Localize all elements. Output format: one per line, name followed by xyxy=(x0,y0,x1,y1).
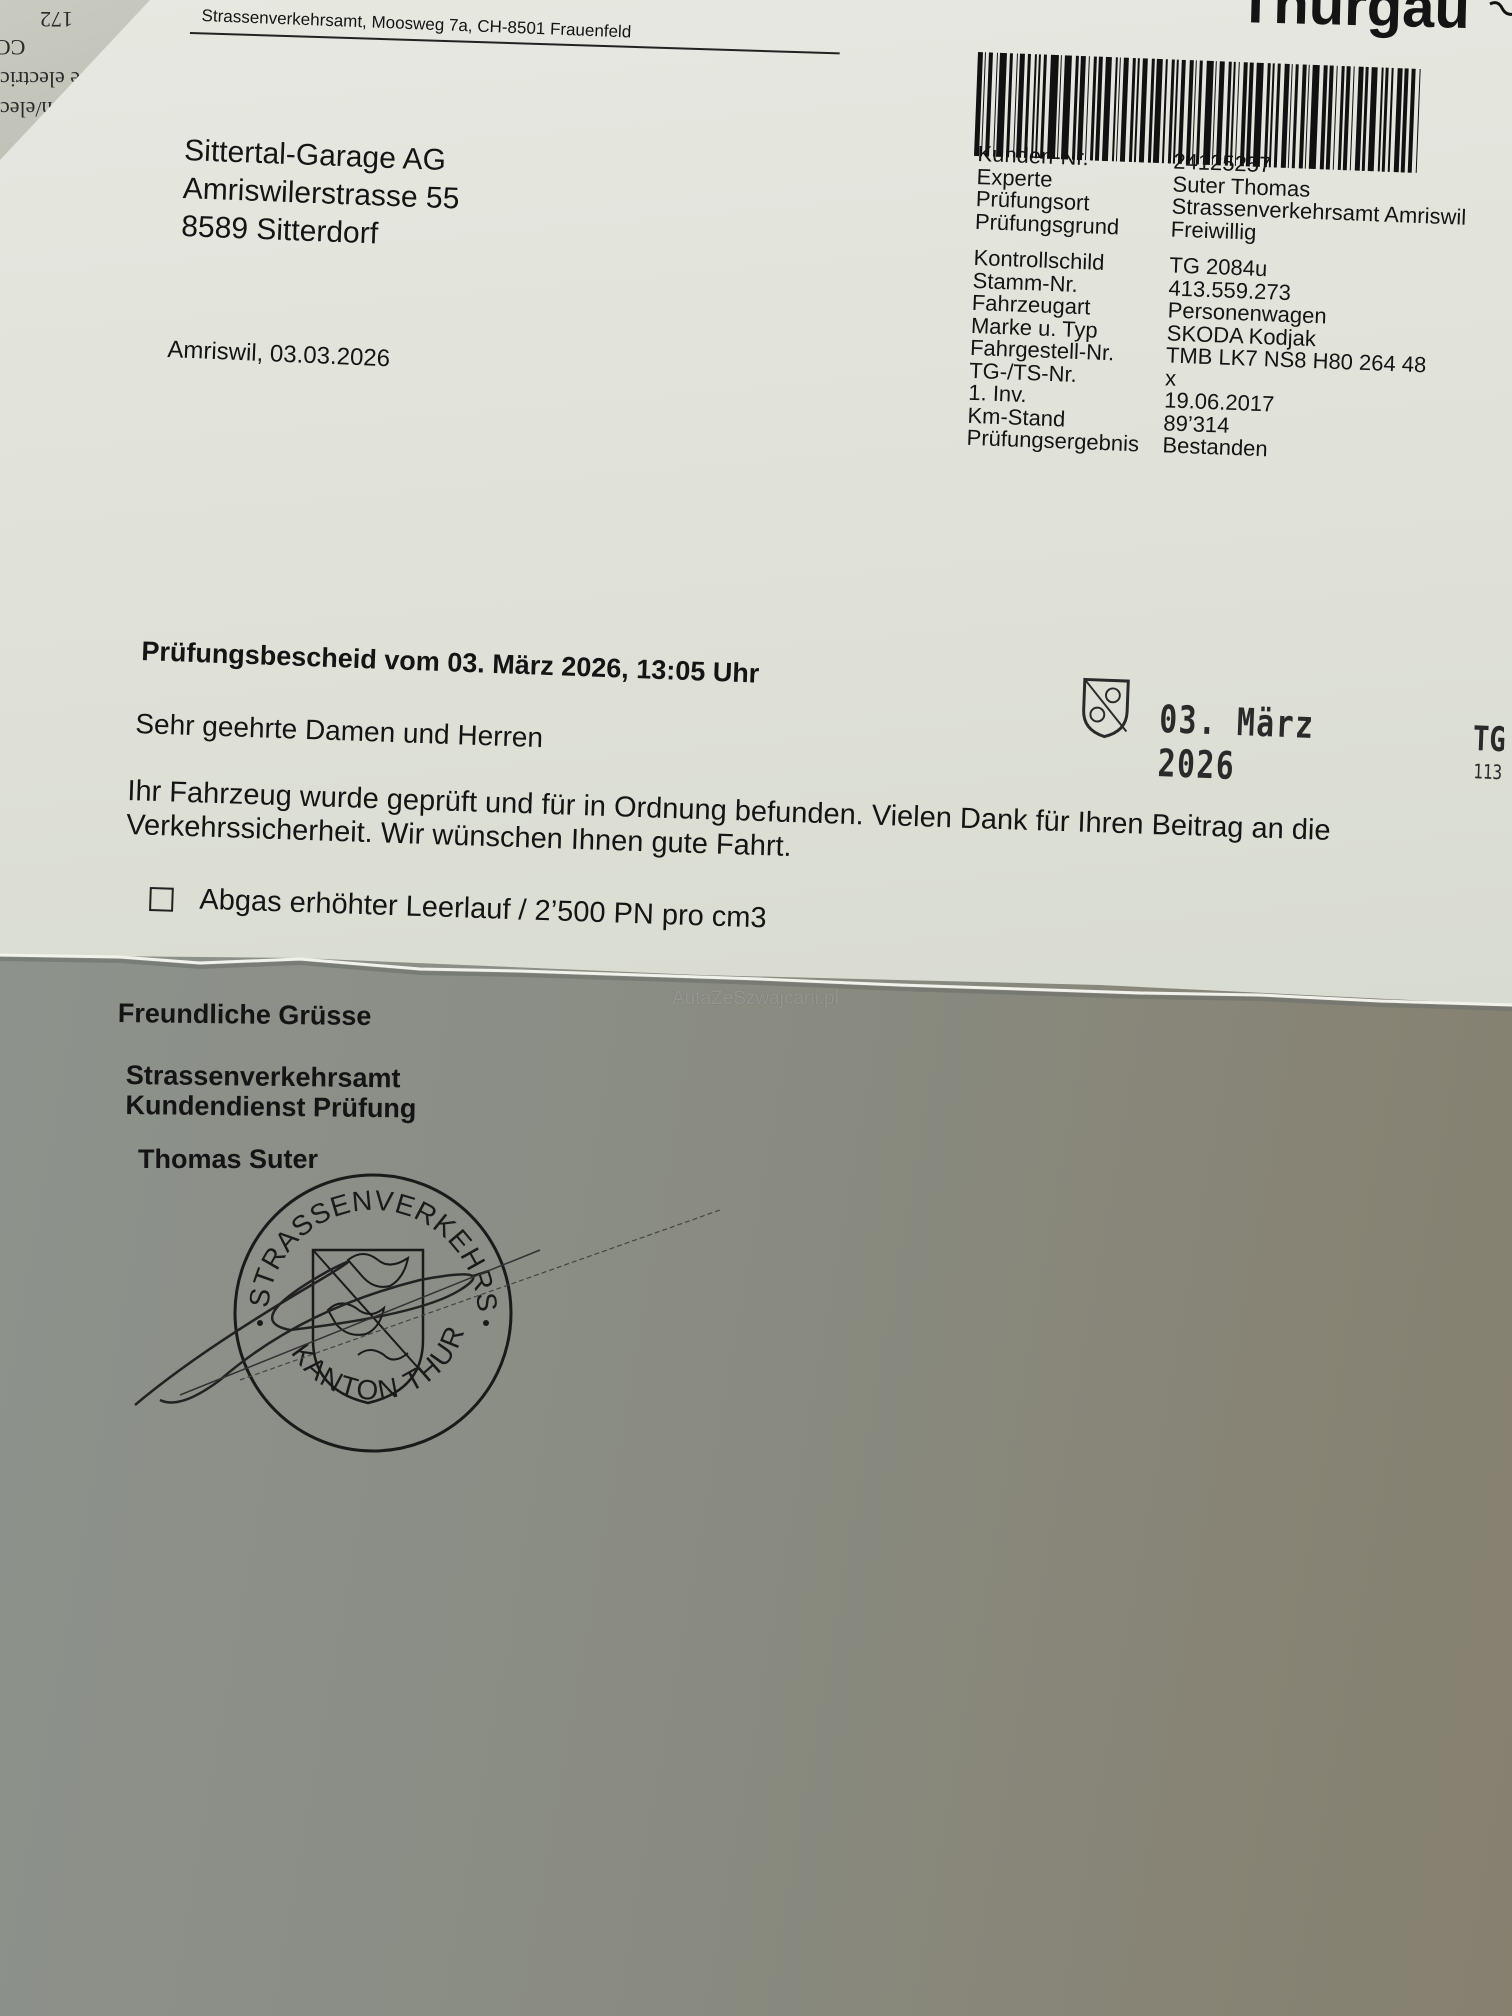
canton-name: Thurgau xyxy=(1237,0,1471,42)
watermark: AutaZeSzwajcarii.pl xyxy=(672,988,839,1010)
stamp-date-text: 03. März 2026 xyxy=(1157,697,1410,795)
closing-greeting: Freundliche Grüsse xyxy=(118,998,372,1032)
inspection-info: Kunden-Nr.24125257ExperteSuter ThomasPrü… xyxy=(966,143,1468,468)
signature-department: Strassenverkehrsamt Kundendienst Prüfung xyxy=(125,1060,417,1124)
office-name: Strassenverkehrsamt xyxy=(126,1060,417,1094)
stamp-number: 113 xyxy=(1473,759,1503,784)
date-stamp: 03. März 2026 TG 113 xyxy=(1078,676,1512,798)
coat-of-arms-icon xyxy=(1080,676,1132,740)
department-name: Kundendienst Prüfung xyxy=(125,1090,416,1124)
background-sheet-text: 172 xyxy=(40,6,73,32)
emission-checkbox[interactable] xyxy=(149,886,174,911)
handwritten-signature xyxy=(120,1180,740,1420)
recipient-address: Sittertal-Garage AG Amriswilerstrasse 55… xyxy=(181,132,462,257)
background-sheet-text: CC xyxy=(0,34,25,60)
canton-logo-icon xyxy=(1488,0,1512,40)
stamp-code: TG xyxy=(1472,719,1506,760)
